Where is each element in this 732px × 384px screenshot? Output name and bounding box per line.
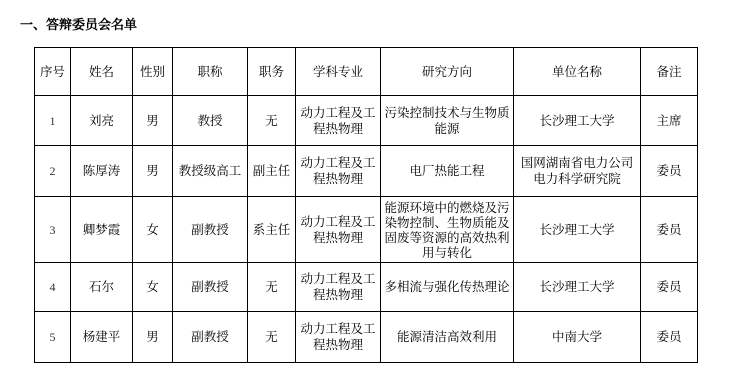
cell-discipline: 动力工程及工程热物理 bbox=[296, 146, 381, 197]
cell-research: 能源环境中的燃烧及污染物控制、生物质能及固废等资源的高效热利用与转化 bbox=[381, 197, 514, 263]
header-position: 职务 bbox=[248, 48, 296, 96]
header-name: 姓名 bbox=[71, 48, 133, 96]
table-header-row: 序号 姓名 性别 职称 职务 学科专业 研究方向 单位名称 备注 bbox=[35, 48, 698, 96]
cell-research: 能源清洁高效利用 bbox=[381, 312, 514, 363]
header-index: 序号 bbox=[35, 48, 71, 96]
cell-name: 刘亮 bbox=[71, 96, 133, 146]
table-row: 5 杨建平 男 副教授 无 动力工程及工程热物理 能源清洁高效利用 中南大学 委… bbox=[35, 312, 698, 363]
cell-unit: 中南大学 bbox=[514, 312, 641, 363]
table-row: 2 陈厚涛 男 教授级高工 副主任 动力工程及工程热物理 电厂热能工程 国网湖南… bbox=[35, 146, 698, 197]
cell-title: 教授 bbox=[173, 96, 248, 146]
cell-position: 无 bbox=[248, 312, 296, 363]
section-title: 一、答辩委员会名单 bbox=[20, 14, 137, 33]
cell-unit: 长沙理工大学 bbox=[514, 96, 641, 146]
cell-position: 副主任 bbox=[248, 146, 296, 197]
header-gender: 性别 bbox=[133, 48, 173, 96]
cell-position: 无 bbox=[248, 263, 296, 312]
cell-discipline: 动力工程及工程热物理 bbox=[296, 312, 381, 363]
header-unit: 单位名称 bbox=[514, 48, 641, 96]
cell-discipline: 动力工程及工程热物理 bbox=[296, 197, 381, 263]
cell-index: 3 bbox=[35, 197, 71, 263]
cell-gender: 男 bbox=[133, 312, 173, 363]
cell-gender: 男 bbox=[133, 96, 173, 146]
header-discipline: 学科专业 bbox=[296, 48, 381, 96]
header-remark: 备注 bbox=[641, 48, 698, 96]
cell-remark: 委员 bbox=[641, 146, 698, 197]
cell-unit: 长沙理工大学 bbox=[514, 197, 641, 263]
cell-gender: 女 bbox=[133, 263, 173, 312]
header-title: 职称 bbox=[173, 48, 248, 96]
cell-name: 石尔 bbox=[71, 263, 133, 312]
cell-name: 卿梦霞 bbox=[71, 197, 133, 263]
header-research: 研究方向 bbox=[381, 48, 514, 96]
cell-discipline: 动力工程及工程热物理 bbox=[296, 96, 381, 146]
cell-title: 教授级高工 bbox=[173, 146, 248, 197]
cell-index: 4 bbox=[35, 263, 71, 312]
cell-name: 杨建平 bbox=[71, 312, 133, 363]
cell-position: 系主任 bbox=[248, 197, 296, 263]
cell-title: 副教授 bbox=[173, 263, 248, 312]
table-row: 3 卿梦霞 女 副教授 系主任 动力工程及工程热物理 能源环境中的燃烧及污染物控… bbox=[35, 197, 698, 263]
cell-index: 1 bbox=[35, 96, 71, 146]
table-row: 1 刘亮 男 教授 无 动力工程及工程热物理 污染控制技术与生物质能源 长沙理工… bbox=[35, 96, 698, 146]
cell-remark: 主席 bbox=[641, 96, 698, 146]
cell-gender: 男 bbox=[133, 146, 173, 197]
table-row: 4 石尔 女 副教授 无 动力工程及工程热物理 多相流与强化传热理论 长沙理工大… bbox=[35, 263, 698, 312]
cell-index: 5 bbox=[35, 312, 71, 363]
cell-research: 电厂热能工程 bbox=[381, 146, 514, 197]
cell-discipline: 动力工程及工程热物理 bbox=[296, 263, 381, 312]
cell-remark: 委员 bbox=[641, 197, 698, 263]
cell-unit: 长沙理工大学 bbox=[514, 263, 641, 312]
cell-unit: 国网湖南省电力公司电力科学研究院 bbox=[514, 146, 641, 197]
cell-research: 污染控制技术与生物质能源 bbox=[381, 96, 514, 146]
committee-table: 序号 姓名 性别 职称 职务 学科专业 研究方向 单位名称 备注 1 刘亮 男 … bbox=[34, 47, 698, 363]
cell-gender: 女 bbox=[133, 197, 173, 263]
cell-research: 多相流与强化传热理论 bbox=[381, 263, 514, 312]
cell-title: 副教授 bbox=[173, 197, 248, 263]
cell-position: 无 bbox=[248, 96, 296, 146]
cell-title: 副教授 bbox=[173, 312, 248, 363]
cell-index: 2 bbox=[35, 146, 71, 197]
cell-remark: 委员 bbox=[641, 312, 698, 363]
cell-remark: 委员 bbox=[641, 263, 698, 312]
cell-name: 陈厚涛 bbox=[71, 146, 133, 197]
